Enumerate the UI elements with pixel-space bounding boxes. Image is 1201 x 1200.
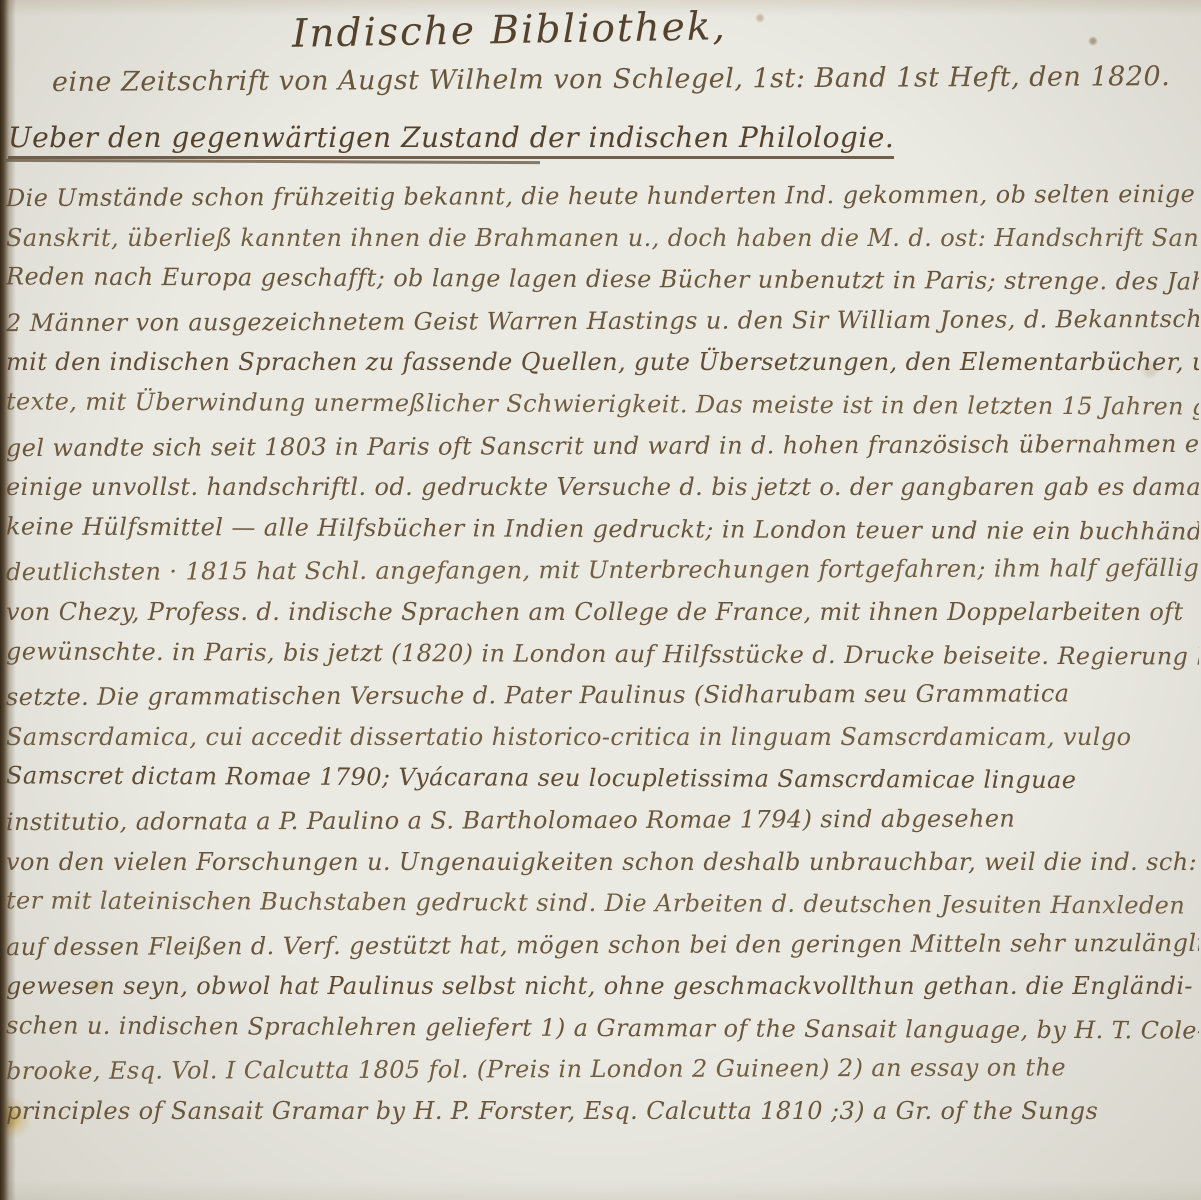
manuscript-line: Samscrdamica, cui accedit dissertatio hi…	[6, 717, 1199, 759]
manuscript-section-heading: Ueber den gegenwärtigen Zustand der indi…	[8, 121, 894, 159]
manuscript-line: von Chezy, Profess. d. indische Sprachen…	[6, 592, 1199, 634]
manuscript-line: Die Umstände schon frühzeitig bekannt, d…	[6, 174, 1199, 220]
manuscript-line: gewesen seyn, obwol hat Paulinus selbst …	[6, 966, 1199, 1008]
manuscript-line: keine Hülfsmittel — alle Hilfsbücher in …	[6, 506, 1199, 553]
manuscript-line: setzte. Die grammatischen Versuche d. Pa…	[6, 673, 1199, 719]
manuscript-line: deutlichsten · 1815 hat Schl. angefangen…	[6, 548, 1199, 594]
manuscript-line: Samscret dictam Romae 1790; Vyácarana se…	[6, 756, 1199, 803]
manuscript-line: gewünschte. in Paris, bis jetzt (1820) i…	[6, 631, 1199, 678]
manuscript-line: principles of Sansait Gramar by H. P. Fo…	[6, 1091, 1199, 1133]
manuscript-body: Die Umstände schon frühzeitig bekannt, d…	[6, 176, 1199, 1133]
manuscript-line: brooke, Esq. Vol. I Calcutta 1805 fol. (…	[6, 1047, 1199, 1093]
manuscript-line: Sanskrit, überließ kannten ihnen die Bra…	[6, 218, 1199, 260]
manuscript-line: gel wandte sich seit 1803 in Paris oft S…	[6, 423, 1199, 469]
manuscript-line: institutio, adornata a P. Paulino a S. B…	[6, 798, 1199, 844]
manuscript-subtitle: eine Zeitschrift von Augst Wilhelm von S…	[52, 61, 1182, 98]
manuscript-line: texte, mit Überwindung unermeßlicher Sch…	[6, 381, 1199, 428]
manuscript-line: schen u. indischen Sprachlehren geliefer…	[6, 1005, 1199, 1052]
manuscript-line: einige unvollst. handschriftl. od. gedru…	[6, 467, 1199, 509]
manuscript-line: Reden nach Europa geschafft; ob lange la…	[6, 257, 1199, 304]
manuscript-line: 2 Männer von ausgezeichnetem Geist Warre…	[6, 299, 1199, 345]
manuscript-line: mit den indischen Sprachen zu fassende Q…	[6, 342, 1199, 384]
manuscript-line: auf dessen Fleißen d. Verf. gestützt hat…	[6, 923, 1199, 969]
manuscript-title: Indische Bibliothek,	[292, 4, 728, 57]
manuscript-page: Indische Bibliothek, eine Zeitschrift vo…	[0, 0, 1201, 1200]
manuscript-line: von den vielen Forschungen u. Ungenauigk…	[6, 842, 1199, 884]
manuscript-line: ter mit lateinischen Buchstaben gedruckt…	[6, 880, 1199, 927]
book-spine-edge	[0, 0, 16, 1200]
